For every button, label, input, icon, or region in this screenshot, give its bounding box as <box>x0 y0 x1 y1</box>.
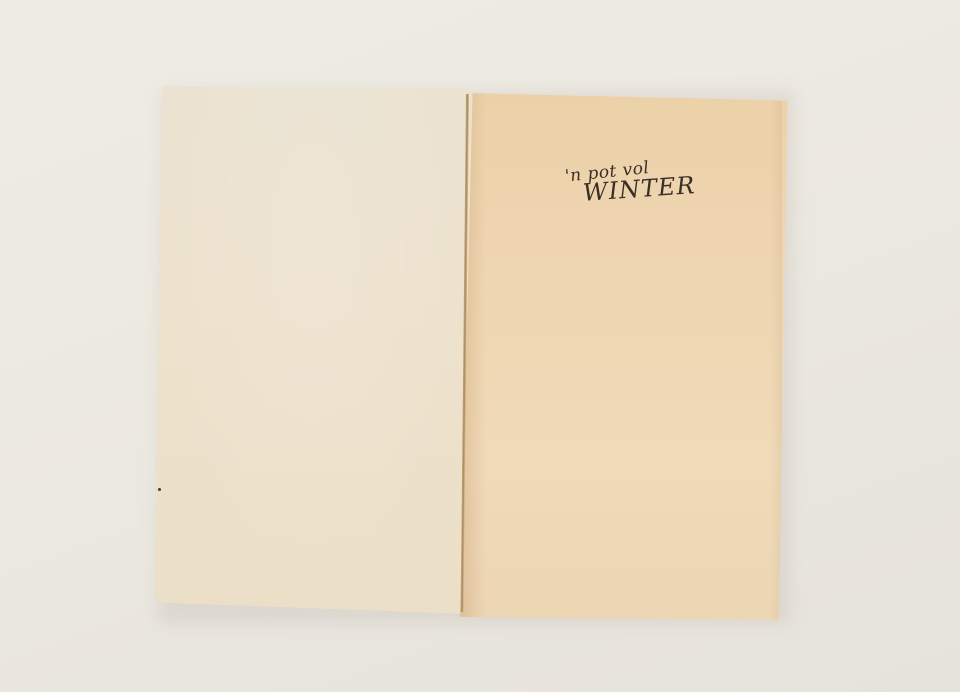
left-page-blank <box>155 86 473 614</box>
page-speck <box>158 488 161 491</box>
